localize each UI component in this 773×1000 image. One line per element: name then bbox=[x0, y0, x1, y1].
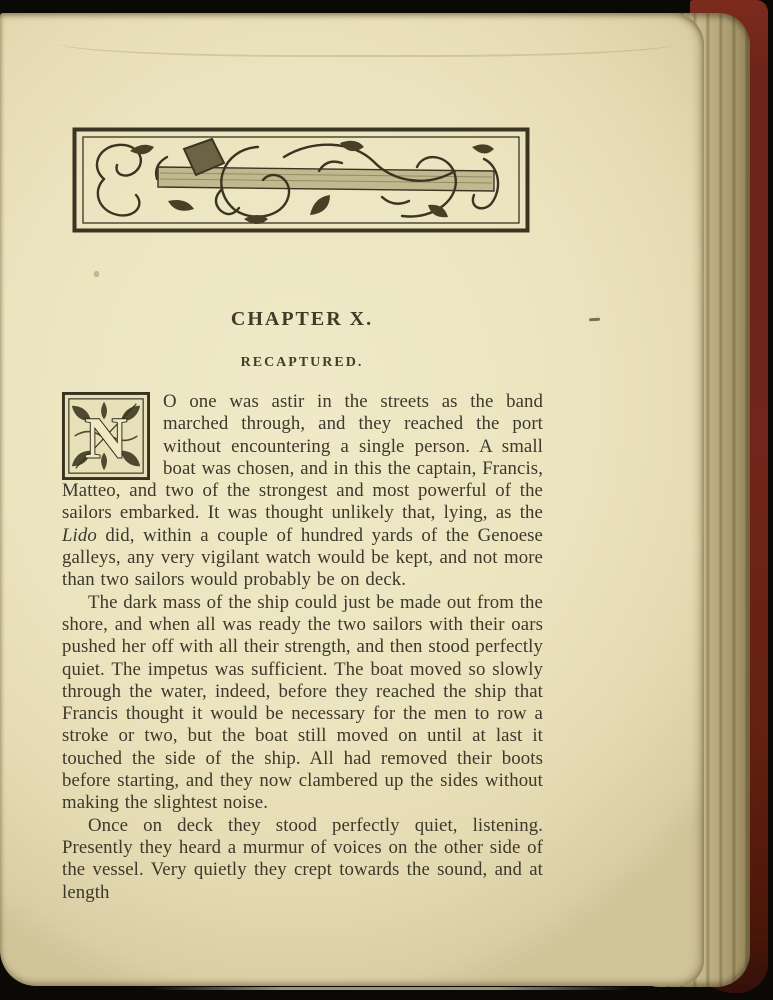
paragraph: The dark mass of the ship could just be … bbox=[62, 592, 543, 815]
chapter-heading: CHAPTER X. bbox=[62, 309, 542, 329]
drop-cap-initial: N bbox=[62, 392, 150, 480]
scrollwork-banner-illustration bbox=[72, 127, 530, 233]
underlying-page-edge-line bbox=[58, 29, 678, 57]
bottom-page-edge-highlight bbox=[150, 987, 630, 990]
paragraph-opening: N O one was astir in the streets as the … bbox=[62, 391, 543, 592]
book-photo: CHAPTER X. RECAPTURED. bbox=[0, 0, 773, 1000]
scrollwork-banner-icon bbox=[72, 127, 530, 233]
ship-name-italic: Lido bbox=[62, 525, 97, 546]
body-text: N O one was astir in the streets as the … bbox=[62, 391, 543, 904]
drop-cap-letter: N bbox=[85, 406, 127, 471]
ornamental-initial-N-icon: N bbox=[62, 392, 150, 480]
paper-speck bbox=[94, 271, 99, 277]
chapter-subheading: RECAPTURED. bbox=[62, 356, 542, 370]
book-page: CHAPTER X. RECAPTURED. bbox=[0, 13, 704, 986]
print-dash-mark bbox=[589, 318, 600, 322]
paragraph-text: did, within a couple of hundred yards of… bbox=[62, 525, 543, 591]
paragraph: Once on deck they stood perfectly quiet,… bbox=[62, 815, 543, 904]
